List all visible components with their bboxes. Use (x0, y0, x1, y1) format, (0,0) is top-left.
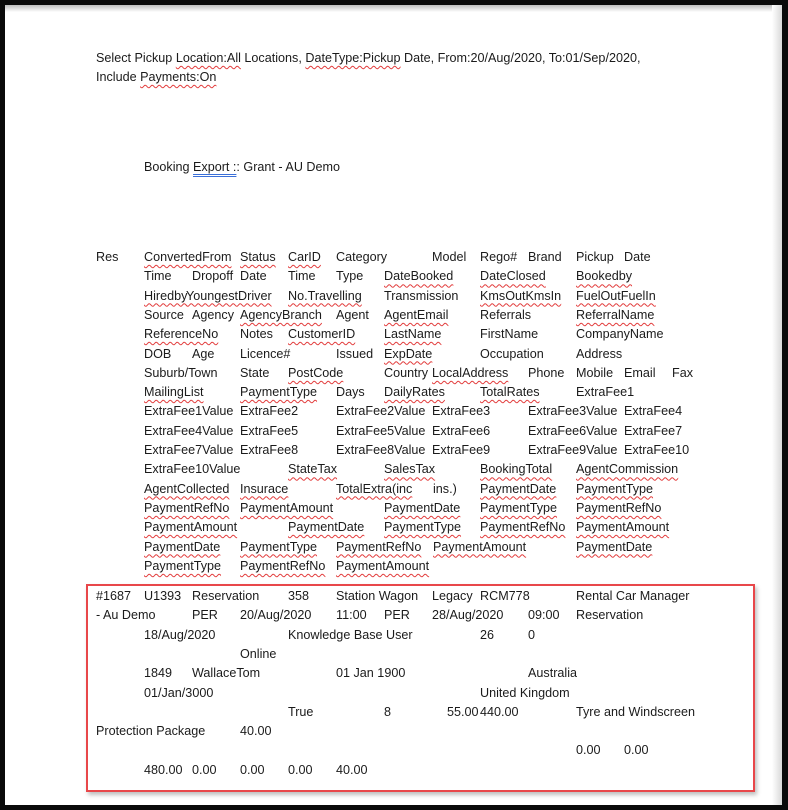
column-header: Phone (528, 365, 564, 381)
record-value: 11:00 (336, 607, 367, 623)
column-header: CompanyName (576, 326, 664, 342)
column-header: FuelOutFuelIn (576, 288, 656, 304)
record-value: 40.00 (336, 762, 368, 778)
column-header: PaymentDate (288, 519, 364, 535)
page-shadow-right (772, 5, 782, 805)
column-header: PaymentRefNo (144, 500, 229, 516)
column-header: Category (336, 249, 387, 265)
column-header: PaymentAmount (433, 539, 526, 555)
column-header: ExtraFee4Value (144, 423, 233, 439)
record-value: 440.00 (480, 704, 519, 720)
column-header: Date (240, 268, 267, 284)
column-header: PaymentRefNo (576, 500, 661, 516)
column-header: Occupation (480, 346, 544, 362)
column-header: Source (144, 307, 184, 323)
column-header: StateTax (288, 461, 337, 477)
column-header: ReferralName (576, 307, 654, 323)
column-header: LastName (384, 326, 441, 342)
column-header: Bookedby (576, 268, 632, 284)
column-header: Transmission (384, 288, 458, 304)
column-header: PaymentAmount (144, 519, 237, 535)
column-header: LocalAddress (432, 365, 508, 381)
column-header: ExtraFee10Value (144, 461, 240, 477)
column-header: PaymentType (384, 519, 461, 535)
record-value: 0.00 (288, 762, 313, 778)
record-value: 480.00 (144, 762, 183, 778)
column-header: DateClosed (480, 268, 546, 284)
record-value: RCM778 (480, 588, 530, 604)
filter-text-segment: Include (96, 70, 140, 84)
record-value: Reservation (576, 607, 643, 623)
record-value: 8 (384, 704, 391, 720)
column-header: ExpDate (384, 346, 432, 362)
column-header: Age (192, 346, 214, 362)
column-header: ConvertedFrom (144, 249, 232, 265)
record-value: Tyre and Windscreen (576, 704, 695, 720)
page-shadow-top (5, 5, 780, 12)
record-value: PER (384, 607, 410, 623)
column-header: Licence# (240, 346, 290, 362)
column-header: ExtraFee2Value (336, 403, 425, 419)
filter-text-segment: Payments:On (140, 70, 216, 84)
column-header: PaymentDate (480, 481, 556, 497)
column-header: PaymentType (144, 558, 221, 574)
column-header: Date (624, 249, 651, 265)
column-header: BookingTotal (480, 461, 552, 477)
column-header: PaymentRefNo (336, 539, 421, 555)
column-header: ExtraFee2 (240, 403, 298, 419)
column-header: ExtraFee8 (240, 442, 298, 458)
filter-text-segment: DateType:Pickup (305, 51, 400, 65)
filter-text-segment: Select Pickup (96, 51, 176, 65)
column-header: Email (624, 365, 656, 381)
column-header: AgencyBranch (240, 307, 322, 323)
column-header: CustomerID (288, 326, 355, 342)
column-header: DateBooked (384, 268, 453, 284)
record-value: Rental Car Manager (576, 588, 689, 604)
record-value: #1687 (96, 588, 131, 604)
column-header: Fax (672, 365, 693, 381)
record-value: 18/Aug/2020 (144, 627, 215, 643)
column-header: YoungestDriver (186, 288, 272, 304)
record-value: 20/Aug/2020 (240, 607, 311, 623)
filter-line-2: Include Payments:On (96, 69, 216, 85)
column-header: DOB (144, 346, 171, 362)
column-header: PaymentRefNo (240, 558, 325, 574)
record-value: Online (240, 646, 276, 662)
column-header: AgentEmail (384, 307, 448, 323)
column-header: Issued (336, 346, 373, 362)
filter-text-segment: Locations, (241, 51, 305, 65)
record-value: 26 (480, 627, 494, 643)
record-value: Australia (528, 665, 577, 681)
record-value: True (288, 704, 313, 720)
column-header: TotalRates (480, 384, 540, 400)
column-header: ExtraFee7Value (144, 442, 233, 458)
column-header: Type (336, 268, 363, 284)
column-header: PostCode (288, 365, 343, 381)
column-header: ExtraFee9 (432, 442, 490, 458)
column-header: Pickup (576, 249, 614, 265)
column-header: PaymentType (576, 481, 653, 497)
record-value: 0.00 (240, 762, 265, 778)
column-header: ExtraFee5Value (336, 423, 425, 439)
column-header: ExtraFee10 (624, 442, 689, 458)
column-header: ExtraFee7 (624, 423, 682, 439)
record-value: 0.00 (576, 742, 601, 758)
column-header: ExtraFee3Value (528, 403, 617, 419)
record-value: U1393 (144, 588, 181, 604)
column-header: Rego# (480, 249, 517, 265)
column-header: PaymentAmount (240, 500, 333, 516)
column-header: ExtraFee4 (624, 403, 682, 419)
column-header: DailyRates (384, 384, 445, 400)
column-header: PaymentAmount (336, 558, 429, 574)
column-header: PaymentDate (144, 539, 220, 555)
column-header: Insurace (240, 481, 288, 497)
window-frame-bottom (0, 805, 788, 810)
filter-text-segment: Location:All (176, 51, 241, 65)
record-value: 09:00 (528, 607, 560, 623)
column-header: Suburb/Town (144, 365, 218, 381)
column-header: ExtraFee1Value (144, 403, 233, 419)
column-header: SalesTax (384, 461, 435, 477)
title-prefix: Booking (144, 160, 193, 174)
column-header: ExtraFee6 (432, 423, 490, 439)
column-header: Status (240, 249, 276, 265)
column-header: PaymentRefNo (480, 519, 565, 535)
filter-text-segment: Date, From:20/Aug/2020, To:01/Sep/2020, (401, 51, 641, 65)
record-value: 55.00 (447, 704, 479, 720)
column-header: Time (144, 268, 172, 284)
column-header: Mobile (576, 365, 613, 381)
column-header: No.Travelling (288, 288, 362, 304)
record-value: 1849 (144, 665, 172, 681)
column-header: PaymentDate (576, 539, 652, 555)
record-value: - Au Demo (96, 607, 156, 623)
record-value: 01/Jan/3000 (144, 685, 213, 701)
column-header: TotalExtra(inc (336, 481, 412, 497)
column-header: PaymentType (480, 500, 557, 516)
column-header: Country (384, 365, 428, 381)
record-value: 40.00 (240, 723, 272, 739)
column-header: PaymentAmount (576, 519, 669, 535)
column-header: ReferenceNo (144, 326, 218, 342)
column-header: ExtraFee5 (240, 423, 298, 439)
record-value: 01 Jan 1900 (336, 665, 405, 681)
column-header: ins.) (433, 481, 457, 497)
record-value: 28/Aug/2020 (432, 607, 503, 623)
filter-line-1: Select Pickup Location:All Locations, Da… (96, 50, 640, 66)
record-value: 0.00 (192, 762, 217, 778)
column-header: MailingList (144, 384, 204, 400)
column-header: Hiredby (144, 288, 187, 304)
column-header: Time (288, 268, 316, 284)
column-header: CarID (288, 249, 321, 265)
header-res-label: Res (96, 249, 118, 265)
column-header: AgentCollected (144, 481, 229, 497)
title-suffix: : Grant - AU Demo (236, 160, 340, 174)
window-frame-right (782, 0, 788, 810)
column-header: ExtraFee3 (432, 403, 490, 419)
column-header: Agent (336, 307, 369, 323)
column-header: PaymentDate (384, 500, 460, 516)
column-header: ExtraFee1 (576, 384, 634, 400)
record-value: WallaceTom (192, 665, 260, 681)
column-header: ExtraFee9Value (528, 442, 617, 458)
record-value: Reservation (192, 588, 259, 604)
column-header: Days (336, 384, 365, 400)
page-title: Booking Export :: Grant - AU Demo (144, 159, 340, 175)
column-header: Notes (240, 326, 273, 342)
record-value: United Kingdom (480, 685, 570, 701)
title-export-link: Export : (193, 160, 236, 174)
column-header: ExtraFee6Value (528, 423, 617, 439)
column-header: Agency (192, 307, 234, 323)
record-value: PER (192, 607, 218, 623)
column-header: ExtraFee8Value (336, 442, 425, 458)
column-header: AgentCommission (576, 461, 678, 477)
column-header: FirstName (480, 326, 538, 342)
column-header: KmsOutKmsIn (480, 288, 561, 304)
record-value: Station Wagon (336, 588, 418, 604)
record-value: Legacy (432, 588, 473, 604)
record-value: Protection Package (96, 723, 205, 739)
column-header: PaymentType (240, 384, 317, 400)
column-header: Referrals (480, 307, 531, 323)
column-header: Address (576, 346, 622, 362)
column-header: Brand (528, 249, 562, 265)
column-header: PaymentType (240, 539, 317, 555)
record-value: 358 (288, 588, 309, 604)
column-header: Model (432, 249, 466, 265)
record-value: 0 (528, 627, 535, 643)
window-frame-left (0, 0, 5, 810)
record-value: 0.00 (624, 742, 649, 758)
column-header: Dropoff (192, 268, 233, 284)
column-header: State (240, 365, 269, 381)
record-value: Knowledge Base User (288, 627, 413, 643)
